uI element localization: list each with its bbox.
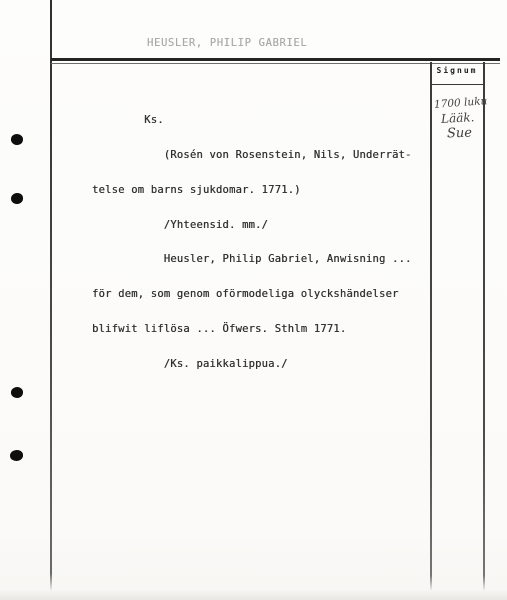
signum-handwritten-collection: Sue <box>447 126 472 142</box>
catalog-entry-text: Ks. (Rosén von Rosenstein, Nils, Underrä… <box>92 92 412 393</box>
card-right-rule <box>483 62 485 591</box>
catalog-text-line: /Ks. paikkalippua./ <box>92 359 412 371</box>
scan-bottom-edge <box>0 591 507 600</box>
signum-column-left-rule <box>430 62 432 591</box>
signum-handwritten-era: 1700 luku <box>434 95 488 111</box>
left-margin-rule <box>50 0 52 591</box>
catalog-text-line: Heusler, Philip Gabriel, Anwisning ... <box>92 254 412 266</box>
catalog-text-line: för dem, som genom oförmodeliga olyckshä… <box>92 289 412 301</box>
hole-punch-dot-4 <box>10 450 24 461</box>
catalog-text-line: Ks. <box>92 115 412 127</box>
signum-header-underline <box>431 84 484 85</box>
catalog-text-line: telse om barns sjukdomar. 1771.) <box>92 185 412 197</box>
hole-punch-dot-2 <box>10 192 23 204</box>
catalog-text-line: blifwit liflösa ... Öfwers. Sthlm 1771. <box>92 324 412 336</box>
hole-punch-dot-1 <box>10 133 23 145</box>
card-top-rule-thick <box>51 58 500 61</box>
catalog-text-line: (Rosén von Rosenstein, Nils, Underrät- <box>92 150 412 162</box>
card-top-rule-thin <box>51 63 500 64</box>
catalog-text-line: /Yhteensid. mm./ <box>92 220 412 232</box>
hole-punch-dot-3 <box>11 387 24 398</box>
scanned-catalog-card-page: HEUSLER, PHILIP GABRIEL Signum 1700 luku… <box>0 0 507 600</box>
card-heading-author-name: HEUSLER, PHILIP GABRIEL <box>147 37 307 49</box>
signum-label: Signum <box>430 66 484 75</box>
signum-handwritten-subject: Lääk. <box>441 110 475 126</box>
